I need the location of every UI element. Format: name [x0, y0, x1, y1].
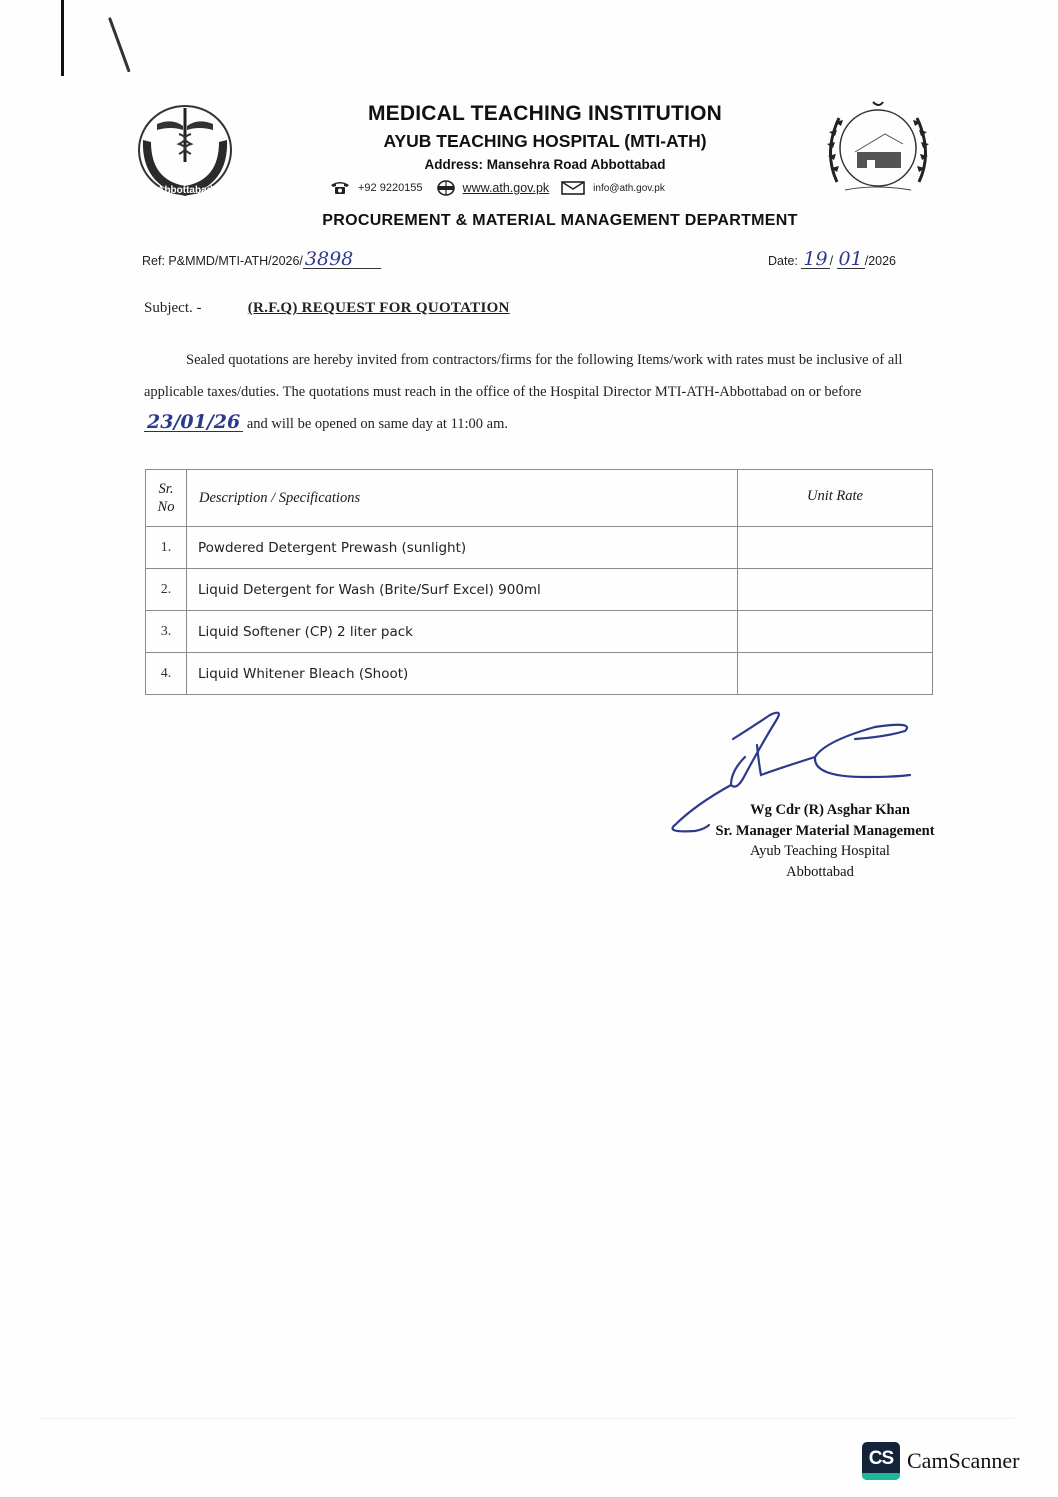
signatory-name: Wg Cdr (R) Asghar Khan [700, 800, 960, 821]
reference-line: Ref: P&MMD/MTI-ATH/2026/3898 [142, 250, 381, 269]
body-paragraph: Sealed quotations are hereby invited fro… [144, 344, 934, 440]
contact-line: +92 9220155 www.ath.gov.pk info@ath.gov.… [330, 180, 750, 196]
government-emblem [815, 92, 941, 198]
date-label: Date: [768, 254, 798, 268]
mail-icon [561, 181, 585, 195]
body-text: Sealed quotations are hereby invited fro… [144, 352, 902, 400]
signatory-organization: Ayub Teaching Hospital [680, 841, 960, 862]
table-row: 3. Liquid Softener (CP) 2 liter pack [146, 611, 933, 653]
globe-icon [437, 180, 455, 196]
hospital-title: AYUB TEACHING HOSPITAL (MTI-ATH) [300, 131, 790, 152]
institution-title: MEDICAL TEACHING INSTITUTION [300, 102, 790, 126]
row-description: Liquid Softener (CP) 2 liter pack [187, 611, 738, 653]
row-description: Liquid Whitener Bleach (Shoot) [187, 653, 738, 695]
page-bottom-edge [40, 1418, 1015, 1419]
email-link[interactable]: info@ath.gov.pk [593, 183, 665, 194]
camscanner-logo-icon: CS [862, 1442, 900, 1480]
table-header-row: Sr.No Description / Specifications Unit … [146, 470, 933, 527]
pen-stroke-mark [108, 17, 131, 73]
phone-icon [330, 181, 350, 195]
date-year: /2026 [865, 254, 896, 268]
row-sr: 2. [146, 569, 187, 611]
row-sr: 3. [146, 611, 187, 653]
document-page: Abbottabad MEDICAL TEACHING INSTITUTION … [0, 0, 1058, 1497]
signatory-city: Abbottabad [680, 862, 960, 883]
address-line: Address: Mansehra Road Abbottabad [300, 157, 790, 172]
department-title: PROCUREMENT & MATERIAL MANAGEMENT DEPART… [240, 212, 880, 230]
row-unit-rate [738, 569, 933, 611]
row-unit-rate [738, 611, 933, 653]
row-unit-rate [738, 527, 933, 569]
subject-title: (R.F.Q) REQUEST FOR QUOTATION [248, 300, 510, 316]
row-description: Liquid Detergent for Wash (Brite/Surf Ex… [187, 569, 738, 611]
reference-prefix: Ref: P&MMD/MTI-ATH/2026/ [142, 254, 303, 268]
date-month: 01 [837, 250, 865, 269]
subject-line: Subject. - (R.F.Q) REQUEST FOR QUOTATION [144, 300, 510, 317]
phone-number: +92 9220155 [358, 182, 423, 194]
items-table: Sr.No Description / Specifications Unit … [145, 469, 933, 695]
table-row: 2. Liquid Detergent for Wash (Brite/Surf… [146, 569, 933, 611]
row-sr: 4. [146, 653, 187, 695]
date-day: 19 [801, 250, 829, 269]
scan-edge-mark [61, 0, 64, 76]
reference-number: 3898 [303, 250, 381, 269]
deadline-date: 23/01/26 [144, 413, 243, 432]
signatory-block: Wg Cdr (R) Asghar Khan Sr. Manager Mater… [660, 800, 960, 882]
subject-label: Subject. - [144, 300, 244, 317]
header-unit-rate: Unit Rate [738, 470, 933, 527]
table-row: 1. Powdered Detergent Prewash (sunlight) [146, 527, 933, 569]
date-line: Date: 19/ 01/2026 [768, 250, 896, 269]
row-description: Powdered Detergent Prewash (sunlight) [187, 527, 738, 569]
signatory-designation: Sr. Manager Material Management [690, 821, 960, 842]
row-unit-rate [738, 653, 933, 695]
body-text-end: and will be opened on same day at 11:00 … [247, 416, 508, 432]
camscanner-label: CamScanner [907, 1448, 1019, 1474]
header-description: Description / Specifications [187, 470, 738, 527]
camscanner-watermark: CS CamScanner [862, 1442, 1019, 1480]
website-link[interactable]: www.ath.gov.pk [463, 181, 550, 195]
header-sr-no: Sr.No [146, 470, 187, 527]
row-sr: 1. [146, 527, 187, 569]
hospital-logo: Abbottabad [127, 100, 247, 202]
table-row: 4. Liquid Whitener Bleach (Shoot) [146, 653, 933, 695]
svg-text:Abbottabad: Abbottabad [157, 185, 213, 196]
